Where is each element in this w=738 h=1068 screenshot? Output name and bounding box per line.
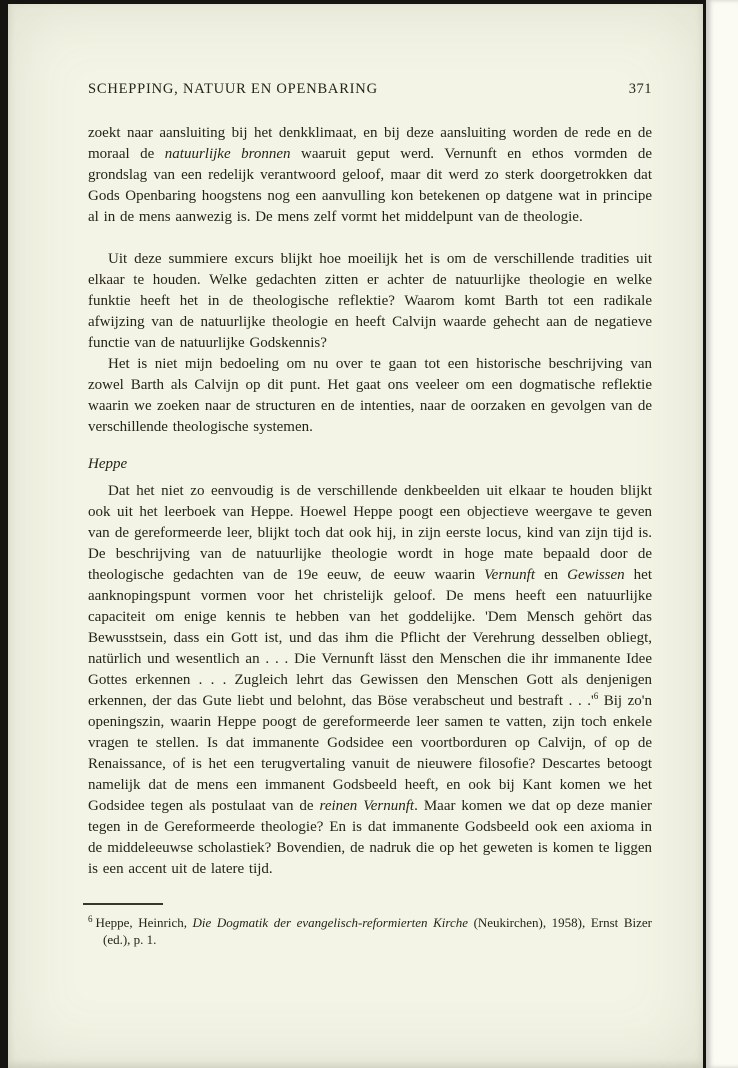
italic-text: Die Dogmatik der evangelisch-reformierte…	[193, 915, 468, 930]
text-column: zoekt naar aansluiting bij het denkklima…	[88, 123, 652, 880]
text-run: Uit deze summiere excurs blijkt hoe moei…	[88, 251, 652, 351]
italic-text: Gewissen	[567, 567, 625, 583]
italic-text: Vernunft	[484, 567, 535, 583]
footnote-area: 6Heppe, Heinrich, Die Dogmatik der evang…	[88, 903, 652, 948]
paragraph: zoekt naar aansluiting bij het denkklima…	[88, 123, 652, 228]
italic-text: natuurlijke bronnen	[165, 146, 291, 162]
page-content: SCHEPPING, NATUUR EN OPENBARING 371 zoek…	[8, 4, 703, 948]
footnote-marker: 6	[88, 914, 93, 924]
italic-text: Heppe	[88, 456, 127, 472]
page-number: 371	[629, 81, 652, 98]
text-run: Bij zo'n openingszin, waarin Heppe poogt…	[88, 693, 652, 814]
text-run: Het is niet mijn bedoeling om nu over te…	[88, 356, 652, 435]
footnote-text: Heppe, Heinrich, Die Dogmatik der evange…	[96, 915, 652, 947]
section-heading: Heppe	[88, 454, 652, 475]
paragraph: Het is niet mijn bedoeling om nu over te…	[88, 354, 652, 438]
paragraph: Uit deze summiere excurs blijkt hoe moei…	[88, 249, 652, 354]
text-run: het aanknopingspunt vormen voor het chri…	[88, 567, 652, 709]
adjacent-page-edge	[706, 0, 738, 1068]
paragraph: Dat het niet zo eenvoudig is de verschil…	[88, 481, 652, 880]
page-header: SCHEPPING, NATUUR EN OPENBARING 371	[88, 81, 652, 98]
footnote-rule	[83, 903, 163, 905]
italic-text: reinen Vernunft	[320, 798, 415, 814]
running-title: SCHEPPING, NATUUR EN OPENBARING	[88, 81, 378, 98]
footnote: 6Heppe, Heinrich, Die Dogmatik der evang…	[88, 915, 652, 948]
book-page: SCHEPPING, NATUUR EN OPENBARING 371 zoek…	[8, 4, 703, 1068]
text-run: Heppe, Heinrich,	[96, 915, 193, 930]
text-run: en	[535, 567, 567, 583]
